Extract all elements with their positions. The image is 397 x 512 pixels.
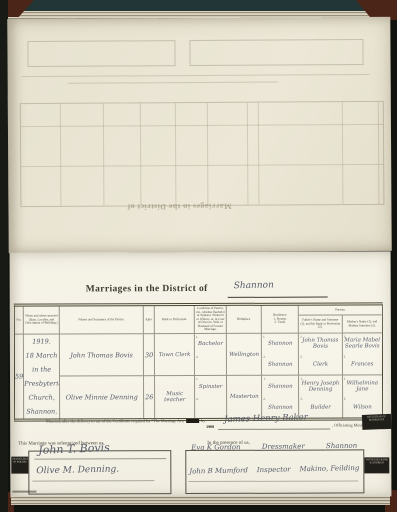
marriage-register-page: Marriages in the District of Shannon No.… (10, 251, 392, 497)
ghost-table-showthrough (20, 101, 385, 207)
certification-by: by (201, 418, 205, 423)
witness-address: Shannon (326, 442, 357, 450)
ghost-rule (22, 74, 370, 77)
witness-name: John B Mumford (189, 466, 248, 475)
col-header-ages: Ages. (144, 306, 155, 334)
col-header-residence: Residence: 1. Present. 2. Usual. (262, 306, 299, 334)
col-header-when-where: When and where married (Date, Locality, … (24, 306, 60, 334)
party-signature-groom: John T. Bovis (38, 441, 110, 457)
groom-age: 30 (144, 334, 155, 376)
verso-page: Marriages in the District of (7, 17, 391, 253)
minister-signature-rule (218, 429, 330, 430)
col-header-mother: Mother's Name (1), and Maiden Surname (2… (342, 315, 381, 333)
bride-residence: 1. Shannon 2. Shannon (262, 376, 299, 418)
witness-name: Eva K Gordon (191, 443, 240, 452)
when-where-cell: 1919. 18 March in the Presbyterian Churc… (24, 334, 60, 418)
groom-father-name: John Thomas Bovis (299, 334, 341, 355)
ghost-rule (68, 82, 278, 84)
act-year-overprint: 1908 (206, 424, 214, 429)
marker-2: 2. (196, 355, 198, 359)
marker-2: 2. (196, 397, 198, 401)
minister-signature: James Henry Baker (224, 413, 308, 425)
margin-print-smudge (12, 491, 36, 493)
col-header-rank: Rank or Profession. (155, 306, 195, 334)
groom-father: 1. John Thomas Bovis 2. Clerk (299, 334, 342, 376)
groom-residence-usual: Shannon (262, 354, 298, 375)
ghost-signature-box-right (189, 39, 363, 66)
certification-line: Married, after the delivery to me of the… (46, 418, 205, 424)
groom-birthplace: Wellington (227, 334, 262, 376)
col-header-father: Father's Name and Surname (1), and his R… (299, 316, 342, 334)
groom-mother-name: Maria Mabel Searle Bovis (343, 333, 382, 354)
groom-mother: 1. Maria Mabel Searle Bovis 2. Frances (343, 333, 382, 375)
witnesses-margin-stamp: WITNESSES RANK & ADDRESS (364, 457, 389, 473)
district-underline (228, 297, 328, 298)
witness-occupation: Dressmaker (262, 442, 305, 451)
groom-rank: Town Clerk (155, 334, 195, 376)
witness-address: Makino, Feilding (299, 464, 359, 473)
bride-father-name: Henry Joseph Denning (299, 376, 341, 397)
col-header-condition: Condition of Parties, viz., whether Bach… (195, 306, 227, 334)
groom-name: John Thomas Bovis (60, 334, 144, 376)
groom-residence: 1. Shannon 2. Shannon (262, 334, 299, 376)
ghost-title-reversed: Marriages in the District of (74, 201, 284, 211)
when-line: in the (24, 365, 59, 373)
when-line: 1919. (24, 337, 59, 345)
residence-usual-label: 2. Usual. (263, 321, 297, 325)
entry-number: 59 (15, 335, 24, 419)
when-line: Shannon. (24, 407, 59, 415)
register-book-scan: Marriages in the District of Marriages i… (0, 0, 397, 512)
ghost-signature-box-left (27, 40, 175, 67)
bride-age: 26 (144, 376, 155, 418)
party-signature-bride: Olive M. Denning. (36, 465, 119, 477)
witness-occupation: Inspector (257, 465, 291, 474)
bride-mother-name: Wilhelmina Jane (343, 375, 382, 396)
ink-stamp-overprint (186, 419, 199, 423)
bride-birthplace: Masterton (227, 376, 262, 418)
registrar-stamp: REGISTRAR OF MARRIAGES (362, 414, 392, 430)
page-title: Marriages in the District of (86, 284, 208, 294)
when-line: Church, (24, 393, 59, 401)
when-line: 18 March (24, 351, 59, 359)
page-edges-bottom (11, 496, 390, 505)
groom-father-rank: Clerk (299, 354, 341, 375)
groom-mother-maiden: Frances (343, 354, 382, 375)
bride-mother: 1. Wilhelmina Jane 2. Wilson (343, 375, 382, 417)
parties-margin-stamp: SIGNATURES OF PARTIES (11, 457, 28, 474)
groom-residence-present: Shannon (262, 334, 298, 355)
col-header-names: Names and Surnames of the Parties. (60, 306, 144, 334)
bride-rank: Music teacher (155, 376, 195, 418)
certification-text: Married, after the delivery to me of the… (46, 418, 184, 423)
register-table: No. When and where married (Date, Locali… (14, 302, 383, 421)
col-header-no: No. (15, 307, 24, 335)
col-header-parents: Parents. (299, 305, 382, 315)
col-header-birthplace: Birthplace. (227, 306, 262, 334)
when-line: Presbyterian (24, 379, 59, 387)
bride-condition-value: Spinster (195, 376, 226, 397)
groom-condition-value: Bachelor (195, 334, 226, 355)
bride-residence-present: Shannon (262, 376, 298, 397)
bride-condition: 1. Spinster 2. (195, 376, 227, 418)
bride-father: 1. Henry Joseph Denning 2. Builder (299, 376, 342, 418)
district-handwritten: Shannon (234, 280, 274, 291)
bride-name: Olive Minnie Denning (60, 376, 144, 418)
groom-condition: 1. Bachelor 2. (195, 334, 227, 376)
